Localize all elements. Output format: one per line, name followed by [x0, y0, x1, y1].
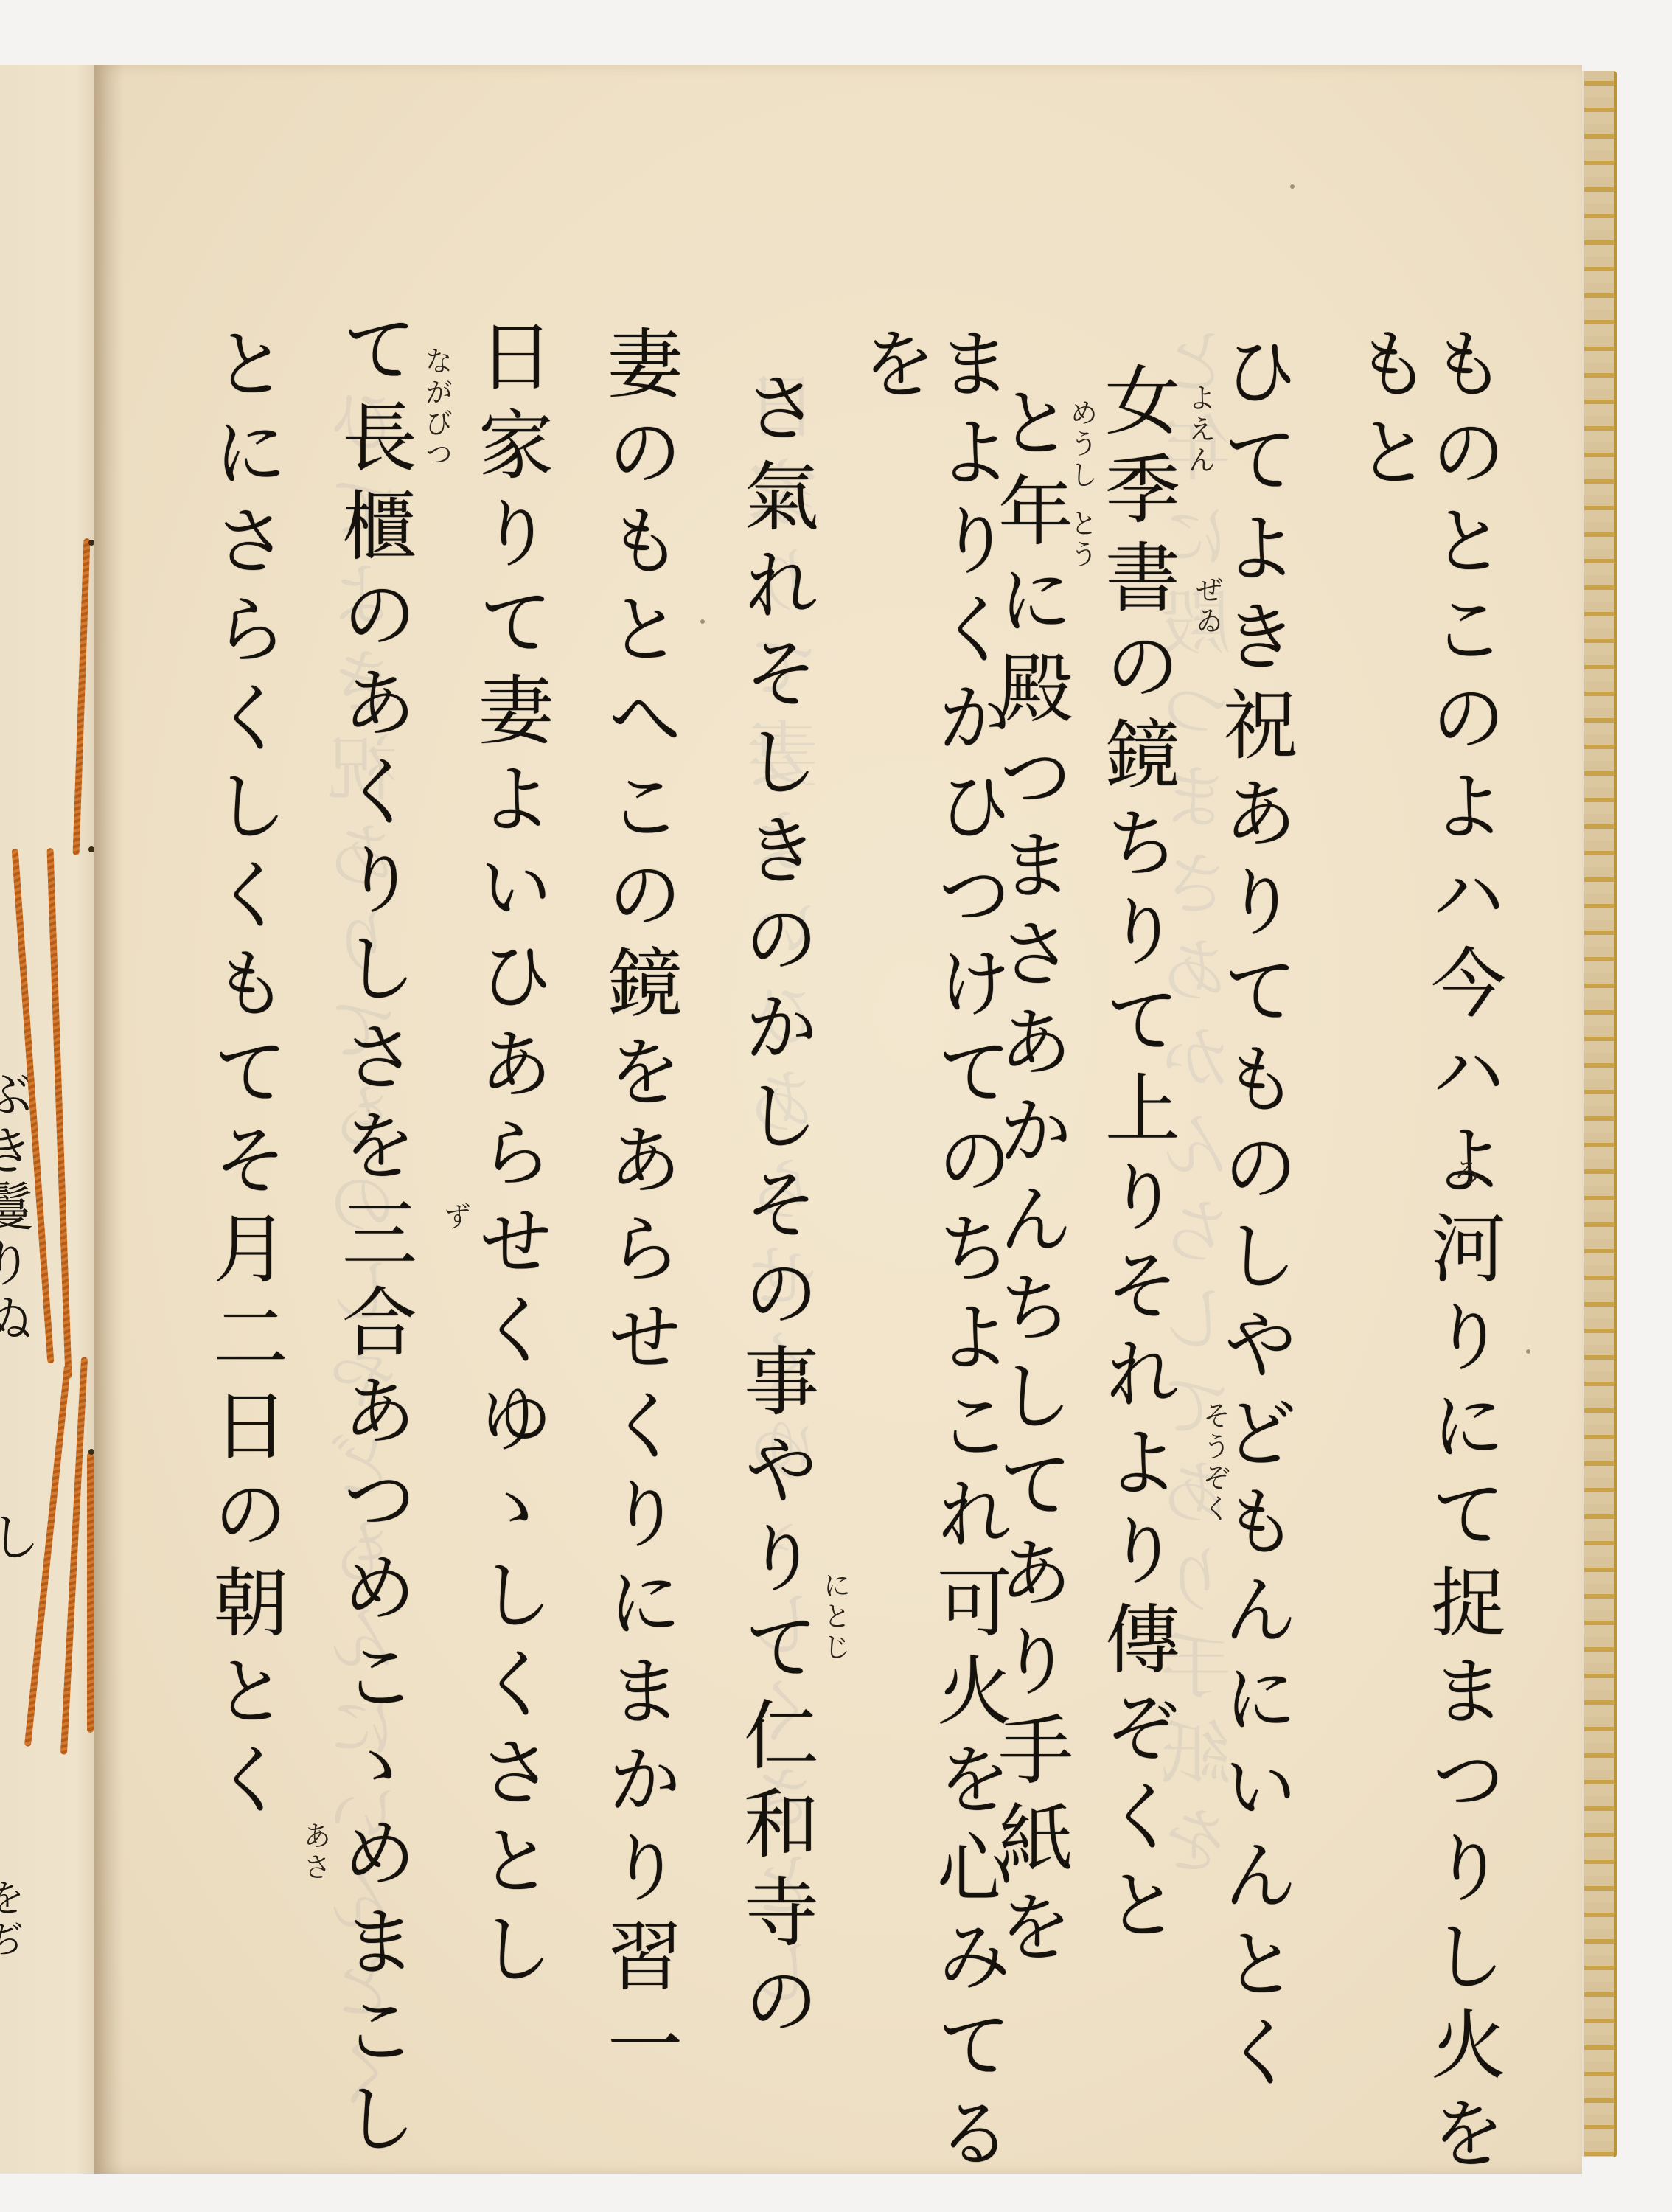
furigana: ぜゐ — [1187, 575, 1227, 637]
left-page-fragment: ぶき鬘りぬ し をぢ — [0, 65, 96, 2174]
paper-spot — [1290, 184, 1295, 189]
furigana: めうし — [1062, 398, 1102, 491]
stitch-hole — [88, 540, 94, 546]
left-page-text: し — [0, 1510, 37, 1566]
text-column-9: て長櫃のあくりしさを三合あつめこゝめまこし — [335, 310, 411, 2168]
text-column-10: とにさらくしくもてそ月二日の朝とく — [206, 324, 282, 1829]
furigana: よえん — [1180, 383, 1220, 476]
furigana: とう — [1062, 509, 1102, 571]
stitch-hole — [88, 846, 94, 852]
furigana: そうぞく — [1194, 1401, 1235, 1525]
text-column-3: 女季書の鏡ちりて上りそれより傳ぞくと — [1098, 361, 1174, 1954]
text-column-5: まよりくかひつけてのちよこれ可火を心みてるを — [855, 324, 1006, 2212]
furigana: あさ — [295, 1821, 335, 1883]
gutter-shadow — [94, 65, 124, 2174]
furigana: ろ — [1445, 1158, 1485, 1189]
furigana: ながびつ — [417, 347, 457, 470]
furigana: ず — [435, 1202, 476, 1233]
left-page-text: ぶき鬘りぬ — [0, 1068, 29, 1348]
paper-spot — [700, 619, 705, 624]
text-column-2: ひてよき祝ありてものしやどもんにいんとく — [1216, 332, 1292, 2101]
text-column-8: 日家りて妻よいひあらせくゆゝしくさとし — [472, 317, 547, 1998]
furigana: にとじ — [815, 1571, 855, 1663]
stitch-hole — [88, 1449, 94, 1455]
text-column-7: 妻のもとへこの鏡をあらせくりにまかり習一 — [601, 324, 676, 2094]
left-page-text: をぢ — [0, 1879, 22, 1961]
paper-spot — [1526, 1349, 1530, 1354]
text-column-6: さ氣れそしきのかしその事やりて仁和寺の — [737, 369, 812, 2050]
text-column-1: ものとこのよハ今ハよ河りにて捉まつりし火をもと — [1349, 324, 1499, 2212]
gilded-fore-edge — [1582, 71, 1617, 2157]
